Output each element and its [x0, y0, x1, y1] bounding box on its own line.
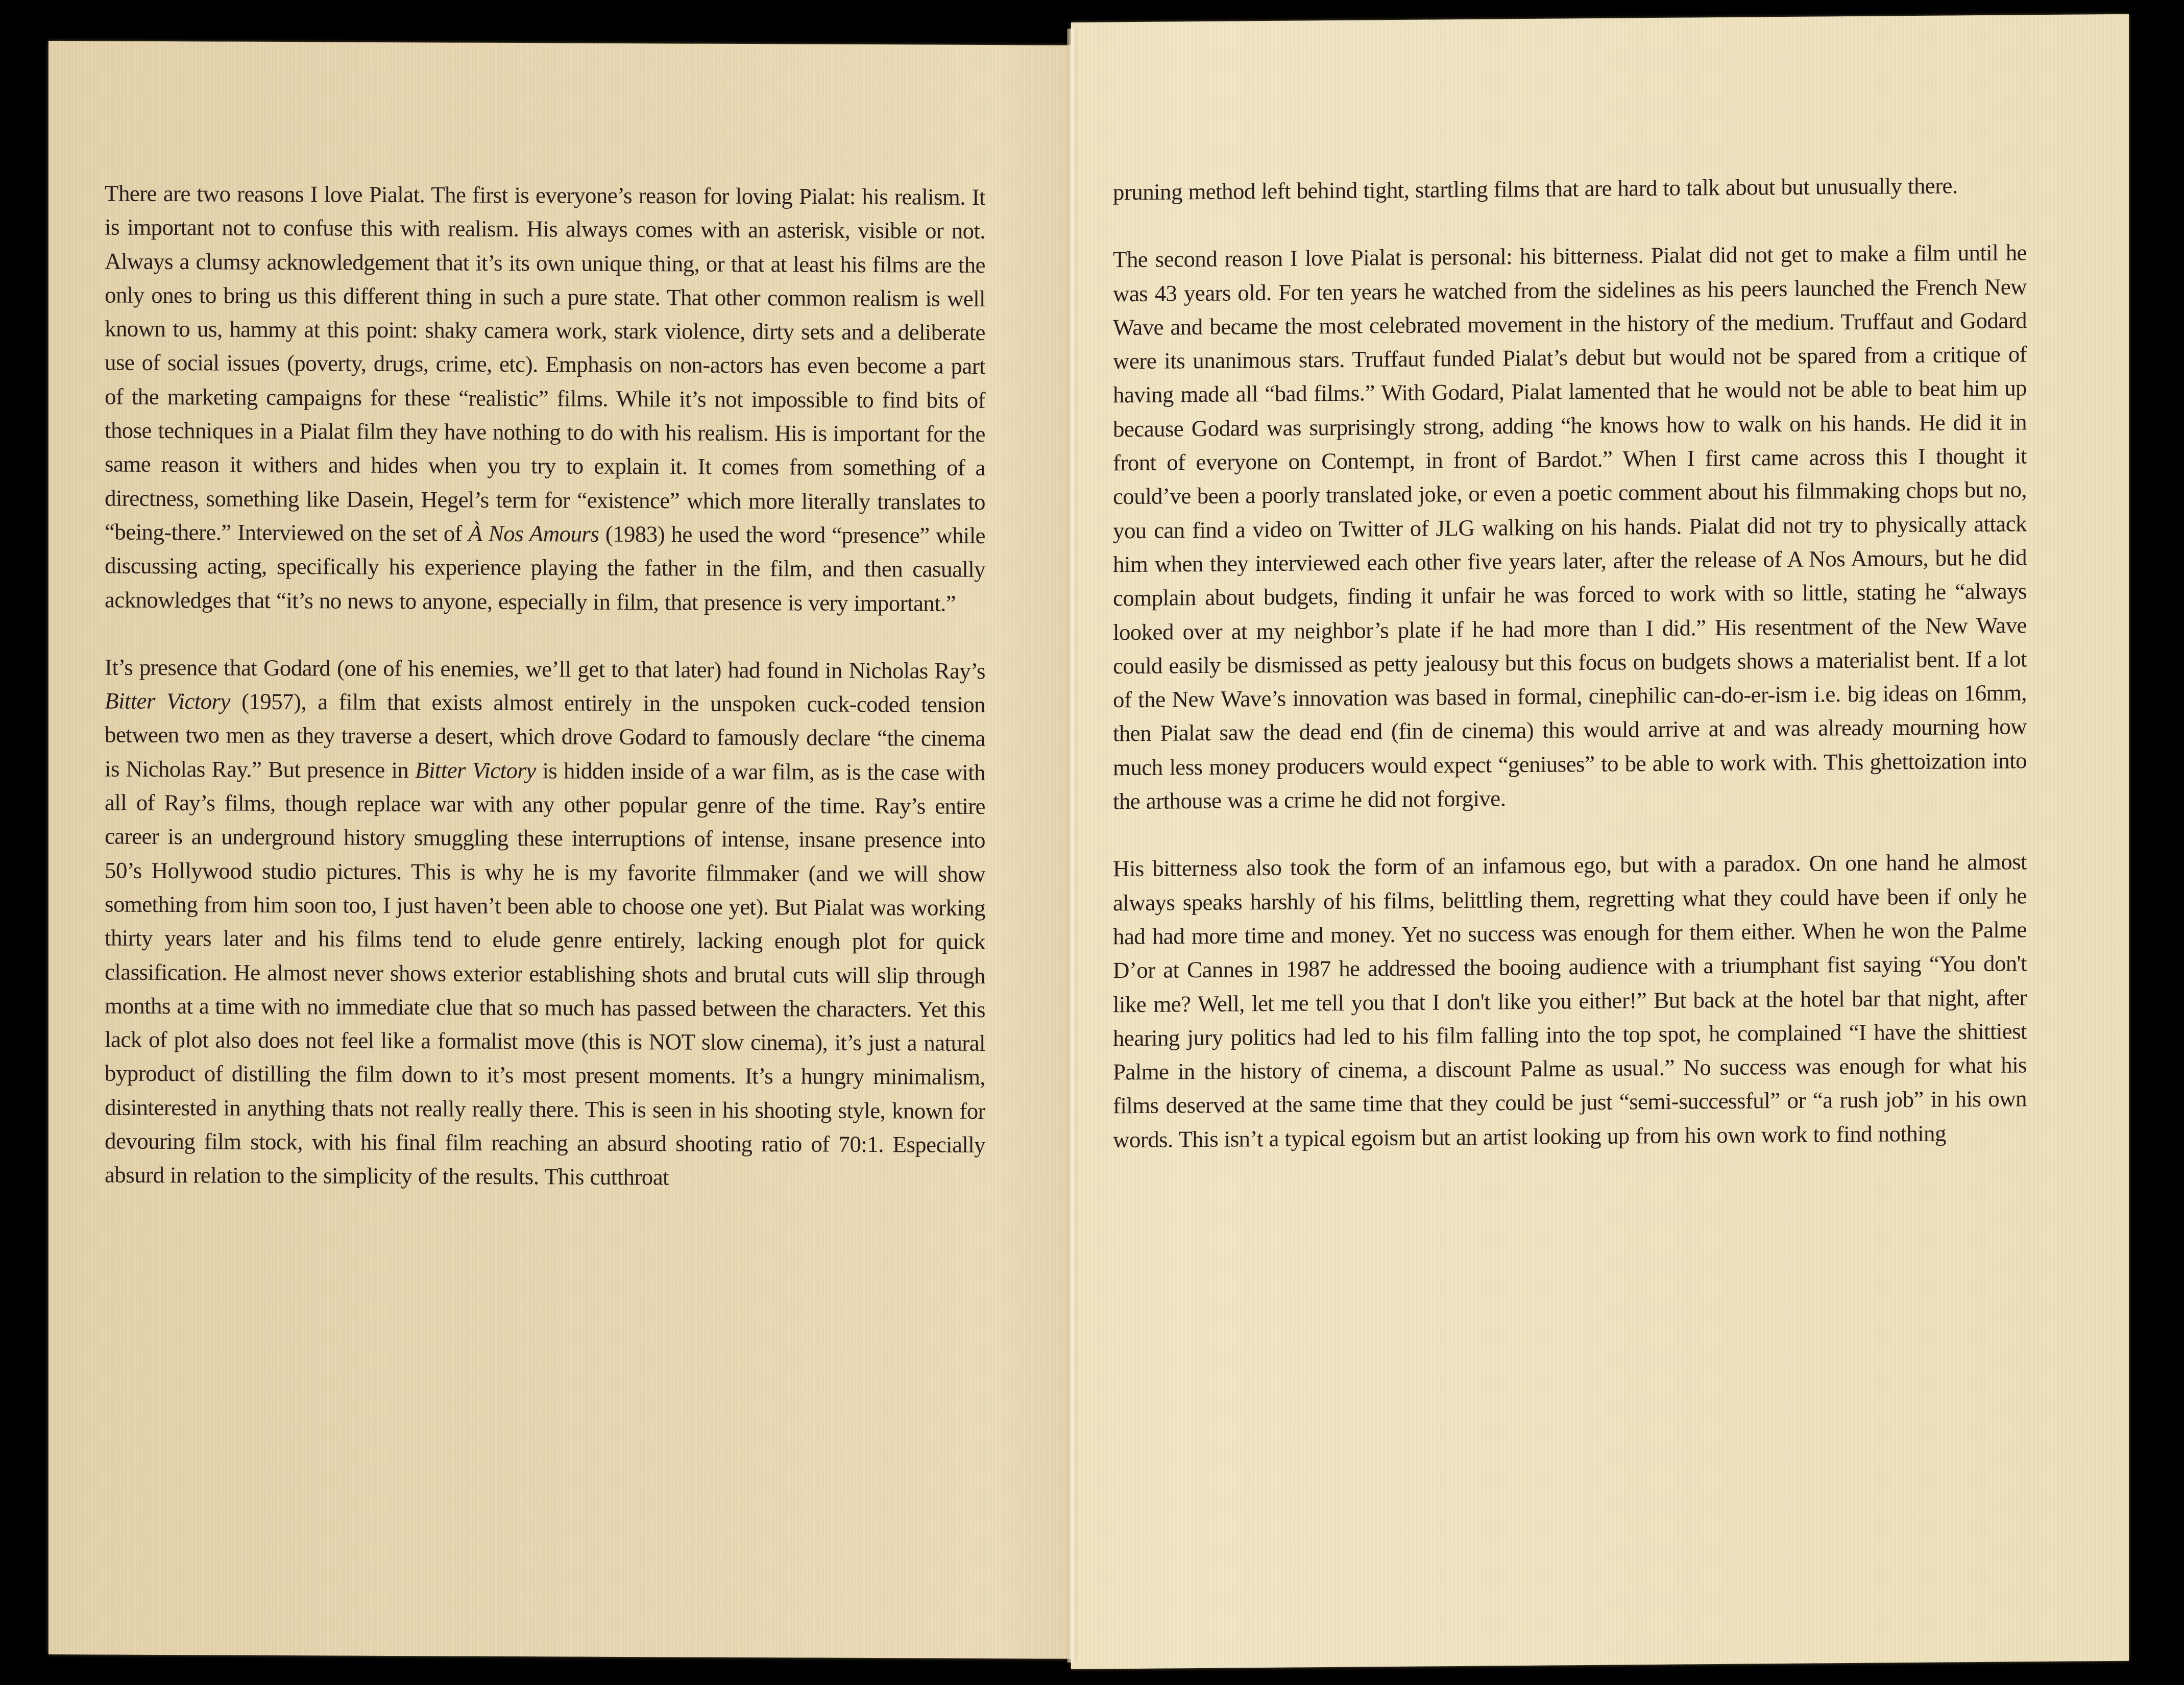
paragraph-text: There are two reasons I love Pialat. The…	[105, 180, 985, 546]
film-title-a-nos-amours: À Nos Amours	[468, 521, 599, 547]
paragraph-presence: It’s presence that Godard (one of his en…	[105, 650, 985, 1195]
spine-fold	[1067, 29, 1077, 1663]
left-page-text: There are two reasons I love Pialat. The…	[105, 176, 985, 1229]
paragraph-bitterness: The second reason I love Pialat is perso…	[1113, 236, 2027, 819]
paragraph-realism: There are two reasons I love Pialat. The…	[105, 176, 985, 620]
paragraph-ego: His bitterness also took the form of an …	[1113, 845, 2027, 1157]
paragraph-text: It’s presence that Godard (one of his en…	[105, 654, 985, 684]
right-page-text: pruning method left behind tight, startl…	[1113, 168, 2027, 1190]
film-title-bitter-victory: Bitter Victory	[415, 757, 536, 783]
left-page: There are two reasons I love Pialat. The…	[48, 41, 1075, 1659]
booklet-spread: There are two reasons I love Pialat. The…	[0, 0, 2184, 1685]
right-page: pruning method left behind tight, startl…	[1071, 14, 2129, 1669]
paragraph-continuation: pruning method left behind tight, startl…	[1113, 168, 2027, 209]
paragraph-text: is hidden inside of a war film, as is th…	[105, 758, 985, 1190]
film-title-bitter-victory: Bitter Victory	[105, 688, 230, 714]
